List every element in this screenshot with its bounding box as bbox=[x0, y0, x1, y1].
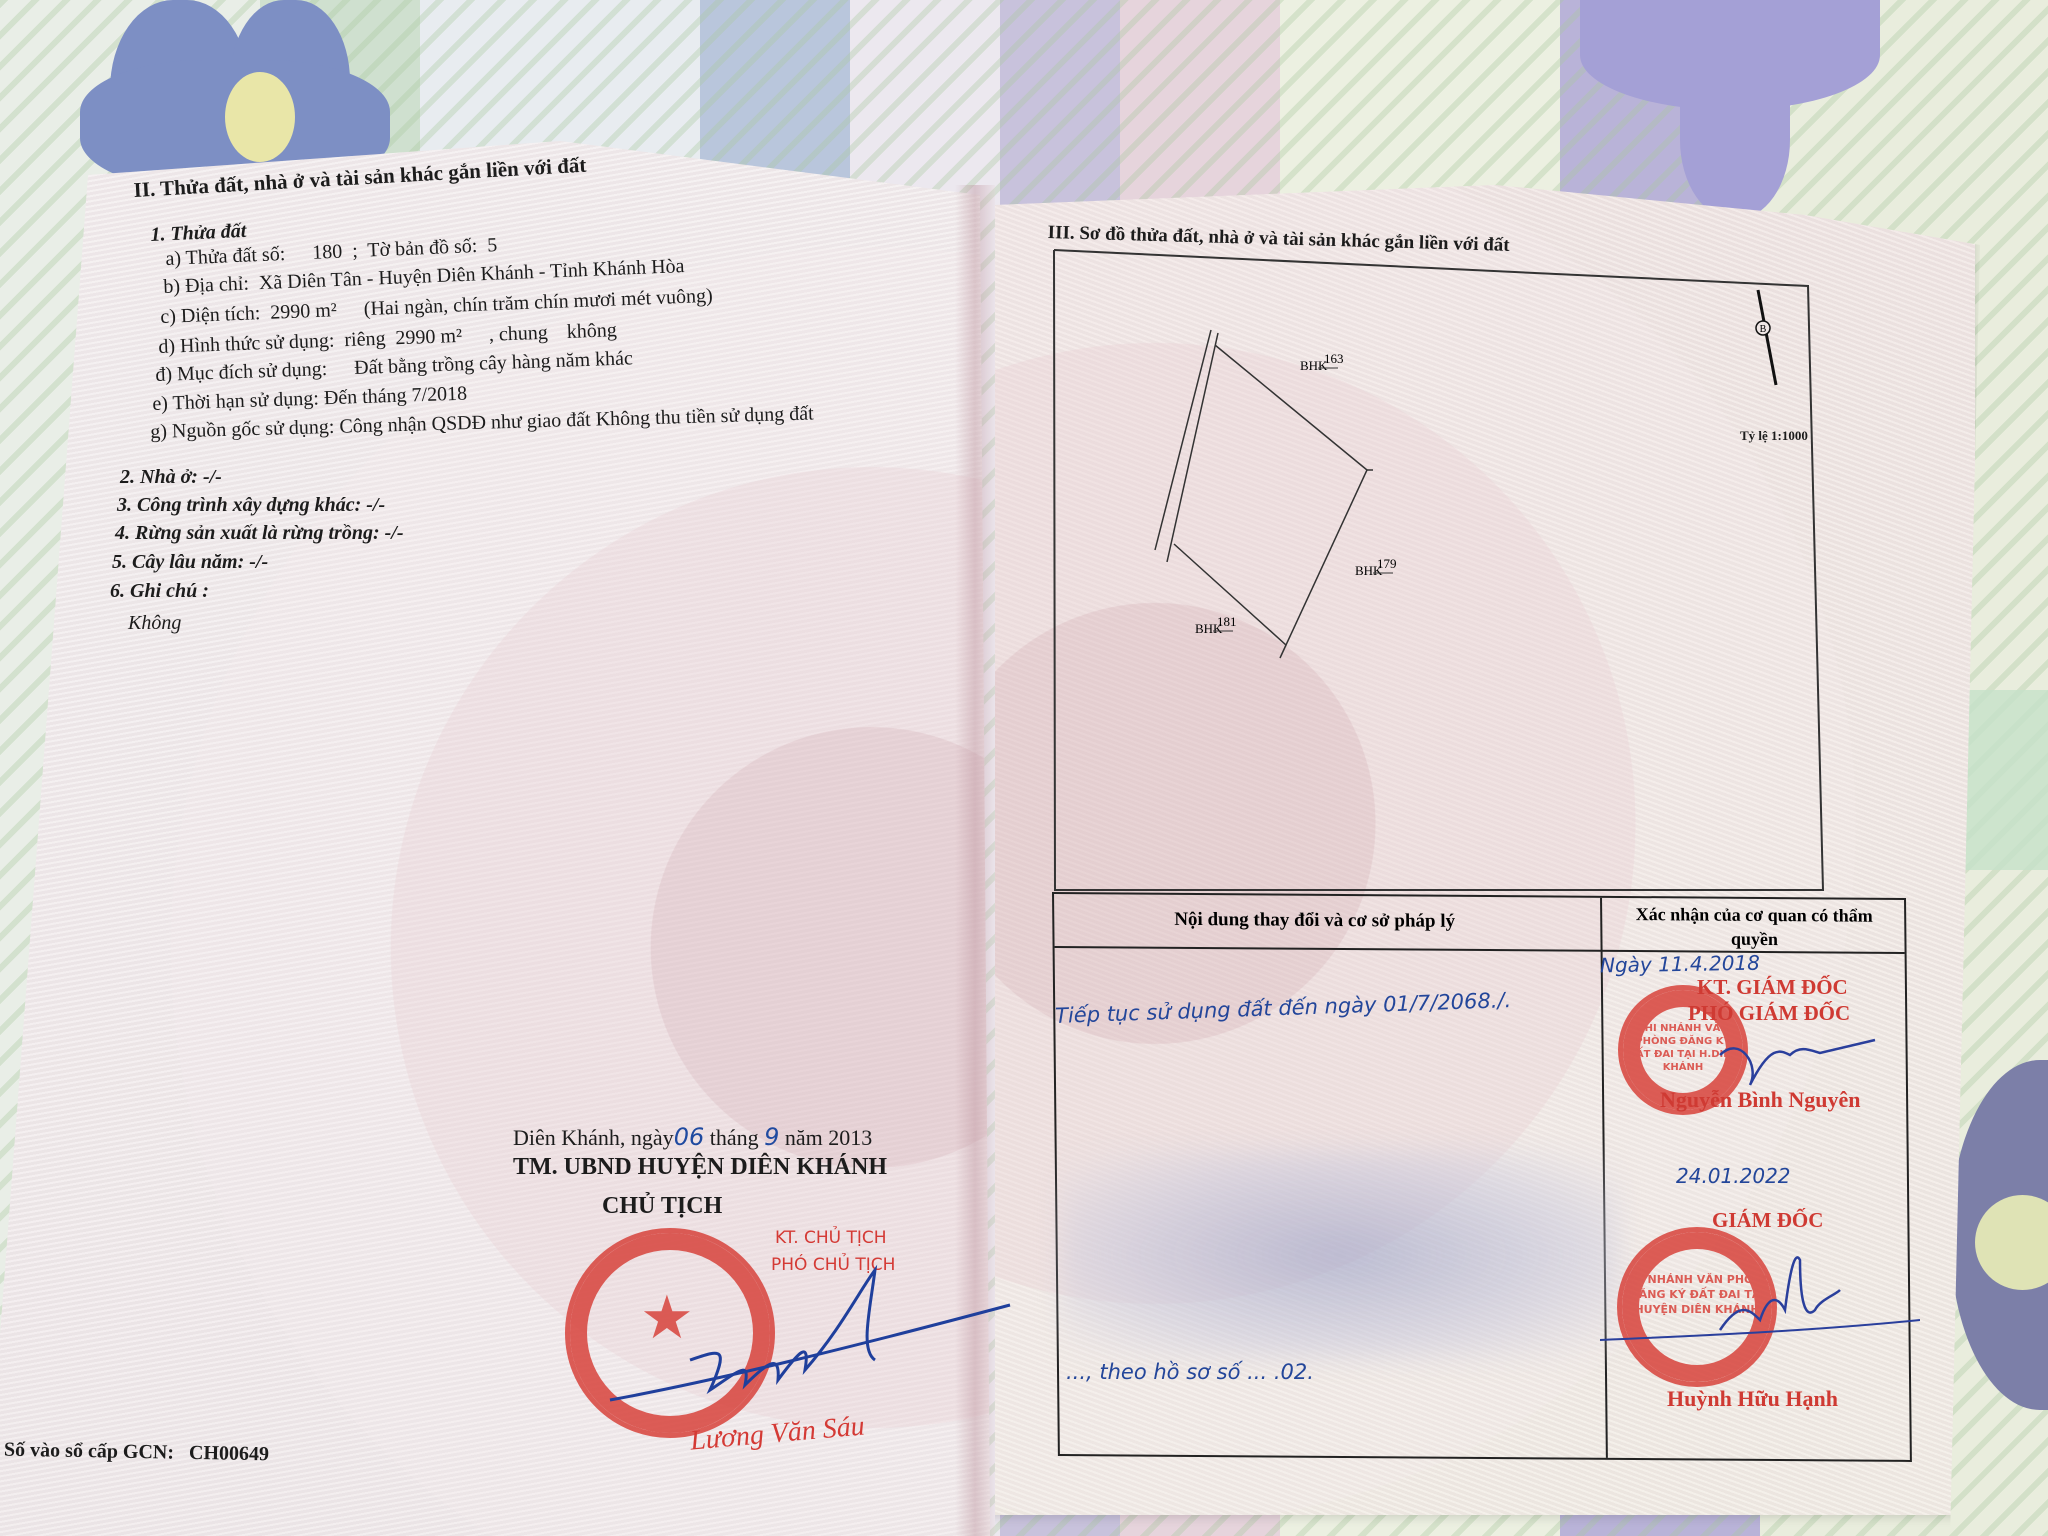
item-production-forest: 4. Rừng sản xuất là rừng trồng: -/- bbox=[115, 522, 404, 545]
year-label: năm 2013 bbox=[785, 1125, 872, 1150]
gcn-value: CH00649 bbox=[189, 1442, 269, 1465]
svg-text:B: B bbox=[1760, 324, 1767, 335]
signature-entry-2 bbox=[1600, 1240, 1920, 1360]
entry-2-title: GIÁM ĐỐC bbox=[1712, 1208, 1823, 1233]
signature-entry-1 bbox=[1700, 1025, 1880, 1095]
place-prefix: Diên Khánh, ngày bbox=[513, 1125, 674, 1150]
field-label: c) Diện tích: bbox=[160, 302, 261, 328]
entry-1-signer: Nguyễn Bình Nguyên bbox=[1660, 1087, 1861, 1113]
item-label: 3. Công trình xây dựng khác: bbox=[117, 494, 361, 516]
entry-1-title-line-2: PHÓ GIÁM ĐỐC bbox=[1688, 1001, 1850, 1026]
table-header-row: Nội dung thay đổi và cơ sở pháp lý Xác n… bbox=[1054, 894, 1905, 954]
shared-value: không bbox=[566, 319, 617, 343]
neighbor-label-163: BHK 163 bbox=[1300, 351, 1344, 373]
item-label: 5. Cây lâu năm: bbox=[112, 551, 244, 573]
area-value: 2990 m² bbox=[270, 299, 337, 324]
parcel-diagram: B BHK 163 BHK 179 BHK 181 bbox=[1040, 240, 1900, 900]
svg-text:163: 163 bbox=[1324, 351, 1344, 366]
svg-text:179: 179 bbox=[1377, 556, 1397, 571]
item-value: -/- bbox=[385, 522, 404, 544]
handwritten-day: 06 bbox=[674, 1123, 705, 1151]
month-label: tháng bbox=[710, 1125, 759, 1150]
item-house: 2. Nhà ở: -/- bbox=[120, 466, 222, 489]
handwritten-month: 9 bbox=[764, 1123, 779, 1151]
subsection-title: 1. Thửa đất bbox=[150, 220, 247, 247]
item-value: -/- bbox=[366, 494, 385, 516]
change-entry-2-date: 24.01.2022 bbox=[1676, 1164, 1791, 1188]
item-perennial-trees: 5. Cây lâu năm: -/- bbox=[112, 551, 268, 574]
item-label: 6. Ghi chú : bbox=[110, 580, 209, 602]
item-value: -/- bbox=[249, 551, 268, 573]
field-label: đ) Mục đích sử dụng: bbox=[155, 358, 328, 386]
svg-text:181: 181 bbox=[1217, 614, 1237, 629]
neighbor-label-181: BHK 181 bbox=[1195, 614, 1237, 636]
stamp-line-1: KT. CHỦ TỊCH bbox=[775, 1228, 887, 1248]
item-notes: 6. Ghi chú : bbox=[110, 580, 209, 603]
item-other-construction: 3. Công trình xây dựng khác: -/- bbox=[117, 494, 385, 517]
neighbor-label-179: BHK 179 bbox=[1355, 556, 1397, 578]
change-entry-1-date: Ngày 11.4.2018 bbox=[1600, 951, 1760, 978]
separator: ; bbox=[352, 240, 358, 262]
signer-title: CHỦ TỊCH bbox=[602, 1193, 722, 1220]
field-label: e) Thời hạn sử dụng: bbox=[152, 387, 319, 415]
column-header-changes: Nội dung thay đổi và cơ sở pháp lý bbox=[1174, 909, 1455, 933]
field-label: a) Thửa đất số: bbox=[165, 243, 286, 270]
redacted-content bbox=[1060, 1150, 1620, 1360]
private-label: riêng bbox=[344, 328, 386, 351]
flower-pattern bbox=[1680, 60, 1790, 220]
bunny-pattern bbox=[225, 72, 295, 162]
field-label: g) Nguồn gốc sử dụng: bbox=[150, 416, 335, 443]
column-header-confirmation: Xác nhận của cơ quan có thẩm quyền bbox=[1619, 902, 1890, 952]
gcn-number: Số vào sổ cấp GCN: CH00649 bbox=[4, 1439, 269, 1467]
term-value: Đến tháng 7/2018 bbox=[323, 383, 467, 410]
item-label: 4. Rừng sản xuất là rừng trồng: bbox=[115, 522, 380, 544]
entry-2-signer: Huỳnh Hữu Hạnh bbox=[1667, 1386, 1838, 1412]
notes-value: Không bbox=[128, 612, 181, 635]
issue-place-date: Diên Khánh, ngày06 tháng 9 năm 2013 bbox=[513, 1123, 872, 1151]
signature-left bbox=[600, 1250, 1020, 1430]
field-label: Tờ bản đồ số: bbox=[367, 235, 478, 262]
map-scale: Tỷ lệ 1:1000 bbox=[1740, 428, 1808, 444]
item-label: 2. Nhà ở: bbox=[120, 466, 198, 488]
gcn-label: Số vào sổ cấp GCN: bbox=[4, 1439, 174, 1464]
entry-1-title-line-1: KT. GIÁM ĐỐC bbox=[1697, 975, 1848, 1000]
parcel-number: 180 bbox=[312, 241, 343, 264]
item-value: -/- bbox=[203, 466, 222, 488]
issuing-authority: TM. UBND HUYỆN DIÊN KHÁNH bbox=[513, 1154, 887, 1181]
shared-label: , chung bbox=[489, 322, 549, 346]
field-label: b) Địa chỉ: bbox=[163, 273, 249, 298]
change-entry-2-content: ..., theo hồ sơ số ... .02. bbox=[1066, 1360, 1314, 1384]
private-area: 2990 m² bbox=[395, 325, 462, 349]
map-sheet-number: 5 bbox=[487, 234, 498, 256]
